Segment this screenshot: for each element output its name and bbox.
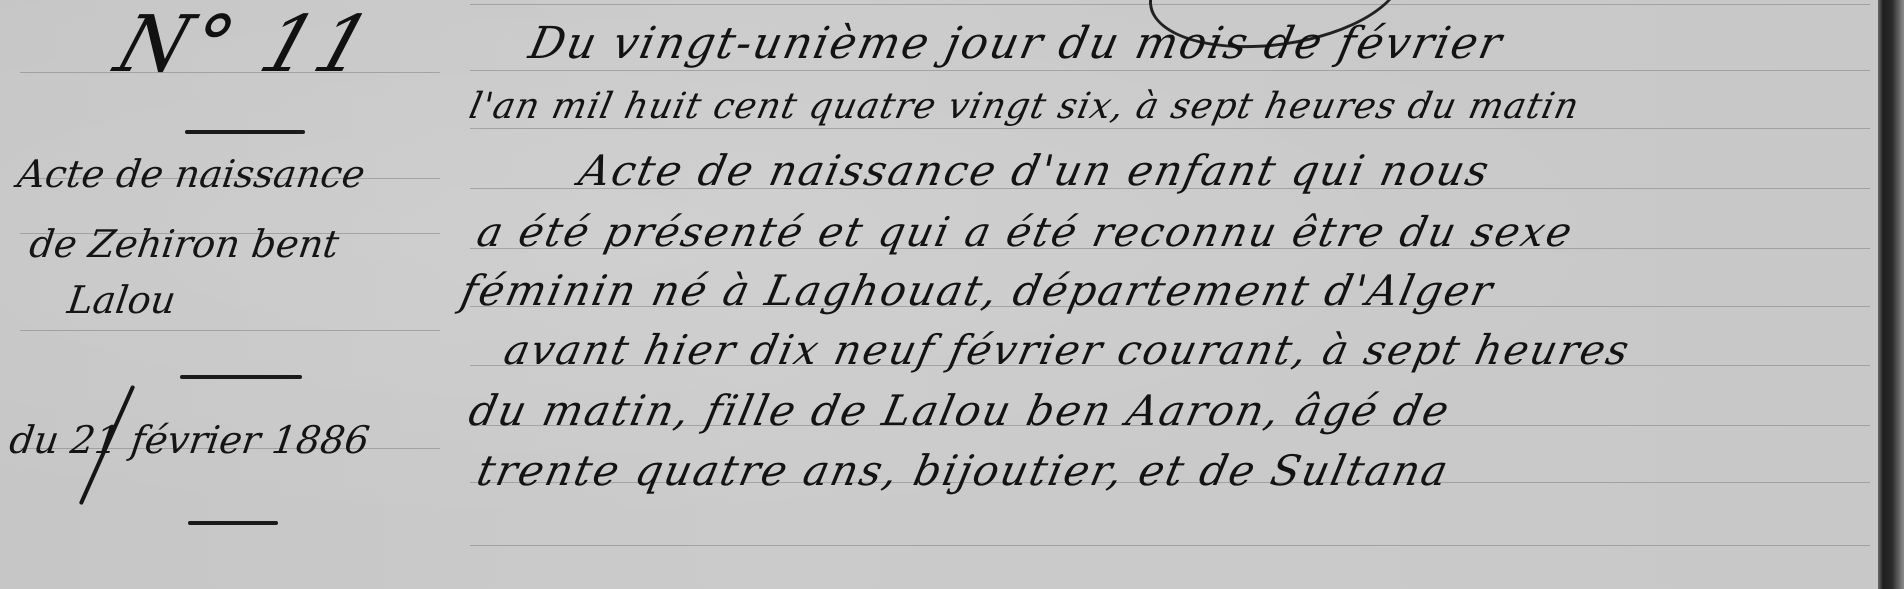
body-line-4: a été présenté et qui a été reconnu être… xyxy=(473,208,1578,256)
divider-dash xyxy=(180,375,302,379)
margin-column: N° 11 Acte de naissance de Zehiron bent … xyxy=(0,0,450,589)
body-line-7: du matin, fille de Lalou ben Aaron, âgé … xyxy=(465,386,1455,435)
body-line-2: l'an mil huit cent quatre vingt six, à s… xyxy=(466,86,1584,127)
body-line-8: trente quatre ans, bijoutier, et de Sult… xyxy=(473,446,1454,495)
body-line-3: Acte de naissance d'un enfant qui nous xyxy=(575,146,1495,195)
page-binding-edge xyxy=(1878,0,1904,589)
rule-line xyxy=(470,70,1870,71)
body-line-1: Du vingt-unième jour du mois de février xyxy=(525,18,1508,69)
divider-dash xyxy=(188,521,278,525)
rule-line xyxy=(470,128,1870,129)
divider-dash xyxy=(185,130,305,134)
margin-title-line-3: Lalou xyxy=(65,278,179,322)
register-page: N° 11 Acte de naissance de Zehiron bent … xyxy=(0,0,1878,589)
body-line-6: avant hier dix neuf février courant, à s… xyxy=(500,326,1635,374)
rule-line xyxy=(470,545,1870,546)
entry-number: N° 11 xyxy=(105,0,386,90)
margin-title-line-1: Acte de naissance xyxy=(15,152,368,196)
body-line-5: féminin né à Laghouat, département d'Alg… xyxy=(457,266,1499,315)
margin-title-line-2: de Zehiron bent xyxy=(27,222,342,266)
margin-date: du 21 février 1886 xyxy=(7,418,372,462)
